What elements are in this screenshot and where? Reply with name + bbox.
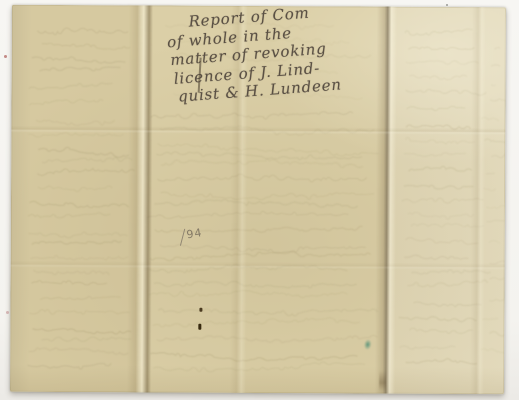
fold-crease-left (127, 5, 153, 392)
document-paper: Report of Com of whole in the matter of … (10, 5, 506, 395)
horizontal-fold-crease-lower (11, 261, 505, 271)
fold-crease-far-right (470, 7, 486, 394)
red-speck (4, 55, 7, 58)
crease-smudge (379, 371, 386, 391)
page-number-text: 94 (186, 226, 204, 241)
pink-speck (6, 311, 9, 314)
pencil-check-slash: ∕ (180, 225, 187, 250)
ink-dot-top (199, 308, 202, 312)
handwritten-docket-label: Report of Com of whole in the matter of … (164, 0, 380, 107)
gray-speck (446, 4, 448, 6)
ink-dot-bottom (198, 324, 201, 330)
horizontal-fold-crease-upper (11, 126, 505, 136)
teal-ink-mark (363, 339, 372, 350)
page-number-annotation: ∕94 (180, 226, 203, 242)
scan-background: Report of Com of whole in the matter of … (0, 0, 519, 400)
